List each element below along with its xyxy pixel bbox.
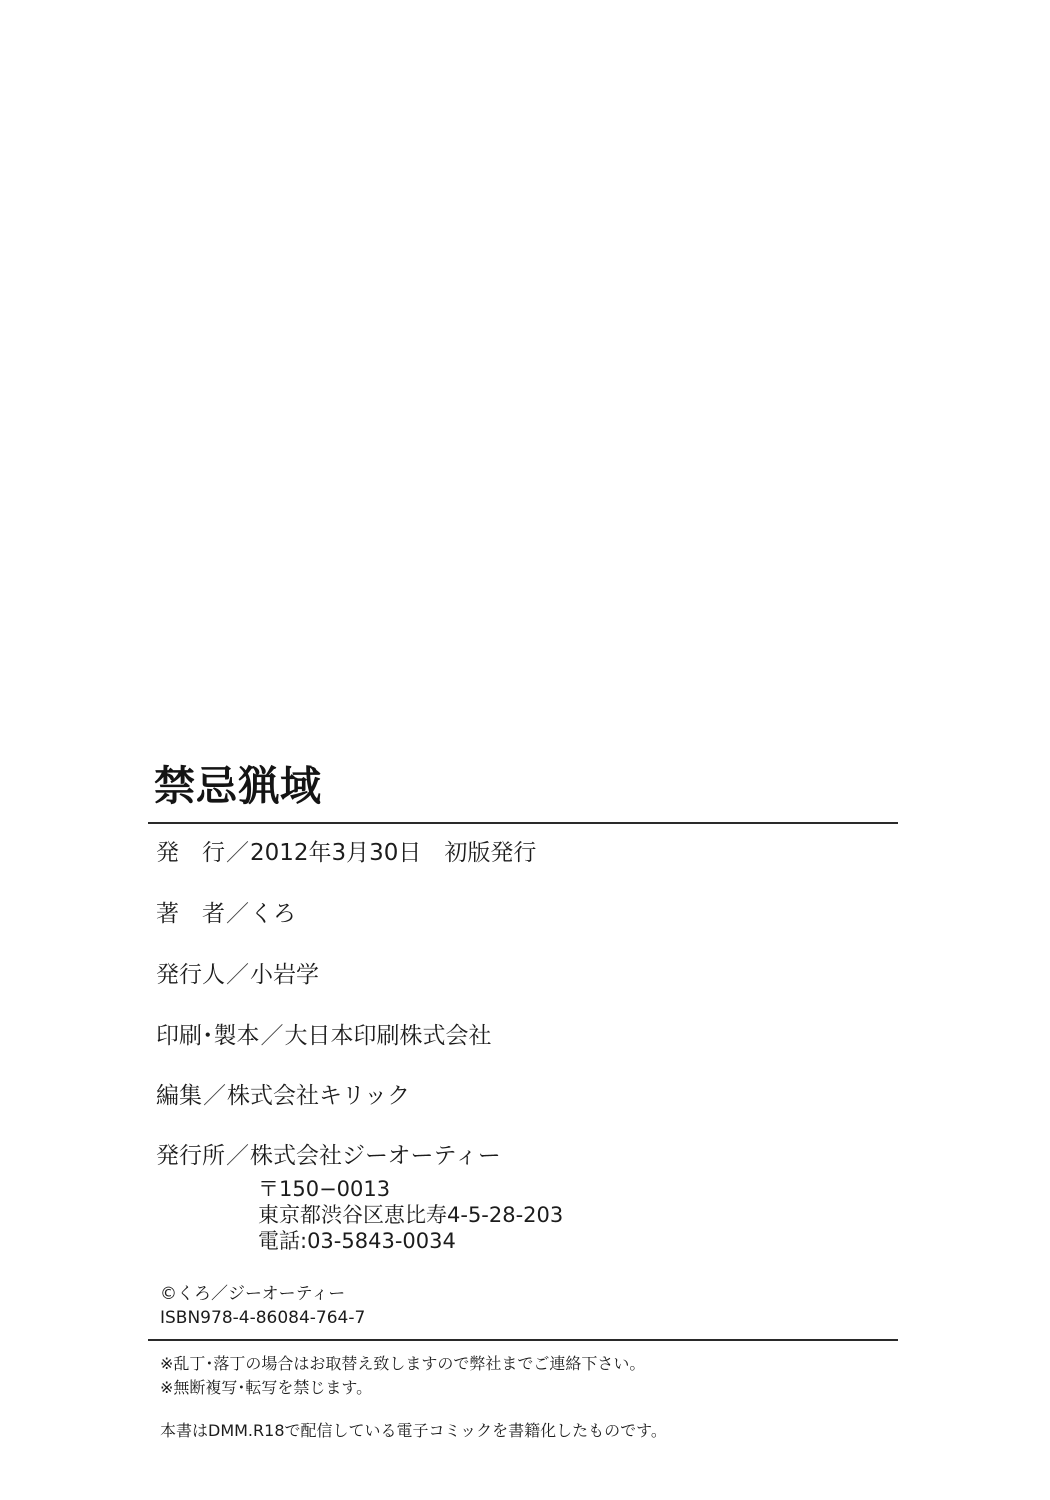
credit-label: 発行所 <box>156 1143 225 1169</box>
notices-block: ※乱丁･落丁の場合はお取替え致しますので弊社までご連絡下さい。 ※無断複写･転写… <box>160 1352 645 1400</box>
notice-no-copying: ※無断複写･転写を禁じます。 <box>160 1376 645 1400</box>
notice-defects: ※乱丁･落丁の場合はお取替え致しますので弊社までご連絡下さい。 <box>160 1352 645 1376</box>
credit-editing: 編集／株式会社キリック <box>156 1081 410 1111</box>
credit-author: 著 者／くろ <box>156 899 296 929</box>
colophon-page: 禁忌猟域 発 行／2012年3月30日 初版発行 著 者／くろ 発行人／小岩学 … <box>0 0 1050 1500</box>
credit-label: 著 者 <box>156 901 225 927</box>
credit-separator: ／ <box>226 1143 249 1169</box>
publisher-address-block: 〒150−0013 東京都渋谷区恵比寿4-5-28-203 電話:03-5843… <box>258 1176 563 1254</box>
credit-value: くろ <box>250 901 296 927</box>
credit-separator: ／ <box>203 1083 226 1109</box>
copyright-line: ©くろ／ジーオーティー <box>160 1282 365 1306</box>
credit-separator: ／ <box>226 901 249 927</box>
credit-separator: ／ <box>226 840 249 866</box>
credit-publisher-person: 発行人／小岩学 <box>156 960 319 990</box>
title-divider <box>148 822 898 824</box>
phone-number: 電話:03-5843-0034 <box>258 1228 563 1254</box>
book-title: 禁忌猟域 <box>154 760 322 812</box>
credit-publishing-house: 発行所／株式会社ジーオーティー <box>156 1141 501 1171</box>
digital-origin-note: 本書はDMM.R18で配信している電子コミックを書籍化したものです。 <box>160 1419 667 1443</box>
credit-publication-date: 発 行／2012年3月30日 初版発行 <box>156 838 536 868</box>
credit-value: 2012年3月30日 初版発行 <box>250 840 536 866</box>
street-address: 東京都渋谷区恵比寿4-5-28-203 <box>258 1202 563 1228</box>
credit-label: 印刷･製本 <box>156 1023 260 1049</box>
credit-printing: 印刷･製本／大日本印刷株式会社 <box>156 1021 492 1051</box>
isbn-line: ISBN978-4-86084-764-7 <box>160 1306 365 1330</box>
copyright-block: ©くろ／ジーオーティー ISBN978-4-86084-764-7 <box>160 1282 365 1330</box>
credit-value: 小岩学 <box>250 962 319 988</box>
postal-code: 〒150−0013 <box>258 1176 563 1202</box>
credit-label: 編集 <box>156 1083 202 1109</box>
credit-value: 大日本印刷株式会社 <box>285 1023 492 1049</box>
credit-separator: ／ <box>261 1023 284 1049</box>
notices-divider <box>148 1339 898 1341</box>
credit-separator: ／ <box>226 962 249 988</box>
credit-label: 発行人 <box>156 962 225 988</box>
credit-value: 株式会社キリック <box>227 1083 410 1109</box>
credit-label: 発 行 <box>156 840 225 866</box>
credit-value: 株式会社ジーオーティー <box>250 1143 501 1169</box>
